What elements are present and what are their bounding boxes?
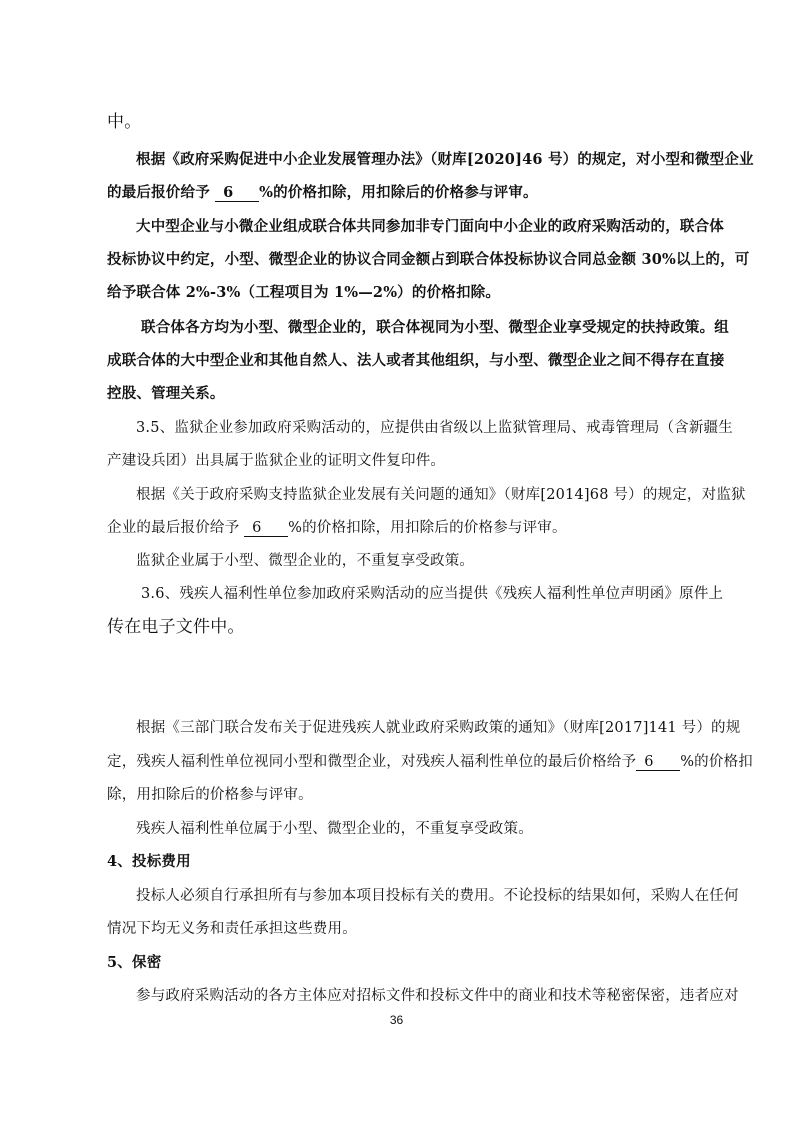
paragraph-prison-enterprise: 3.5、监狱企业参加政府采购活动的，应提供由省级以上监狱管理局、戒毒管理局（含新… <box>136 418 733 438</box>
text-segment: 企业的最后报价给予 <box>107 520 244 536</box>
section-heading-bid-cost: 4、投标费用 <box>107 852 191 872</box>
document-page: 中。 根据《政府采购促进中小企业发展管理办法》（财库[2020]46 号）的规定… <box>0 0 793 1123</box>
text-segment: %的价格扣 <box>680 754 753 770</box>
paragraph-consortium-small: 联合体各方均为小型、微型企业的，联合体视同为小型、微型企业享受规定的扶持政策。组 <box>141 318 729 338</box>
text-line: 控股、管理关系。 <box>107 384 225 404</box>
text-segment: %的价格扣除，用扣除后的价格参与评审。 <box>259 184 538 201</box>
text-line-prison-discount: 企业的最后报价给予 6%的价格扣除，用扣除后的价格参与评审。 <box>107 518 567 538</box>
paragraph-disabled-policy: 根据《三部门联合发布关于促进残疾人就业政府采购政策的通知》（财库[2017]14… <box>136 718 740 738</box>
text-line: 给予联合体 2%-3%（工程项目为 1%—2%）的价格扣除。 <box>107 283 500 303</box>
text-line: 产建设兵团）出具属于监狱企业的证明文件复印件。 <box>107 451 445 471</box>
paragraph-disabled-no-duplicate: 残疾人福利性单位属于小型、微型企业的，不重复享受政策。 <box>136 819 533 839</box>
discount-blank: 6 <box>244 520 288 537</box>
paragraph-disabled-welfare: 3.6、残疾人福利性单位参加政府采购活动的应当提供《残疾人福利性单位声明函》原件… <box>141 584 723 604</box>
paragraph-sme-policy: 根据《政府采购促进中小企业发展管理办法》（财库[2020]46 号）的规定，对小… <box>136 150 754 170</box>
page-number: 36 <box>0 1013 793 1027</box>
text-segment: 的最后报价给予 <box>107 184 215 201</box>
text-line: 中。 <box>107 112 141 132</box>
text-line: 情况下均无义务和责任承担这些费用。 <box>107 919 357 939</box>
paragraph-prison-no-duplicate: 监狱企业属于小型、微型企业的，不重复享受政策。 <box>136 551 474 571</box>
text-line: 成联合体的大中型企业和其他自然人、法人或者其他组织，与小型、微型企业之间不得存在… <box>107 351 724 371</box>
text-segment: 定，残疾人福利性单位视同小型和微型企业，对残疾人福利性单位的最后价格给予 <box>107 754 636 770</box>
paragraph-bid-cost: 投标人必须自行承担所有与参加本项目投标有关的费用。不论投标的结果如何，采购人在任… <box>136 886 739 906</box>
text-segment: %的价格扣除，用扣除后的价格参与评审。 <box>288 520 567 536</box>
text-line: 传在电子文件中。 <box>107 617 245 637</box>
text-line: 除，用扣除后的价格参与评审。 <box>107 785 313 805</box>
paragraph-confidentiality: 参与政府采购活动的各方主体应对招标文件和投标文件中的商业和技术等秘密保密，违者应… <box>136 986 739 1006</box>
paragraph-prison-policy: 根据《关于政府采购支持监狱企业发展有关问题的通知》（财库[2014]68 号）的… <box>136 485 746 505</box>
text-line: 投标协议中约定，小型、微型企业的协议合同金额占到联合体投标协议合同总金额 30%… <box>107 250 750 270</box>
paragraph-consortium: 大中型企业与小微企业组成联合体共同参加非专门面向中小企业的政府采购活动的，联合体 <box>136 217 724 237</box>
section-heading-confidentiality: 5、保密 <box>107 953 161 973</box>
discount-blank: 6 <box>215 185 259 202</box>
text-line-disabled-discount: 定，残疾人福利性单位视同小型和微型企业，对残疾人福利性单位的最后价格给予6%的价… <box>107 752 753 772</box>
text-line-sme-discount: 的最后报价给予 6%的价格扣除，用扣除后的价格参与评审。 <box>107 183 538 203</box>
discount-blank: 6 <box>636 754 680 771</box>
